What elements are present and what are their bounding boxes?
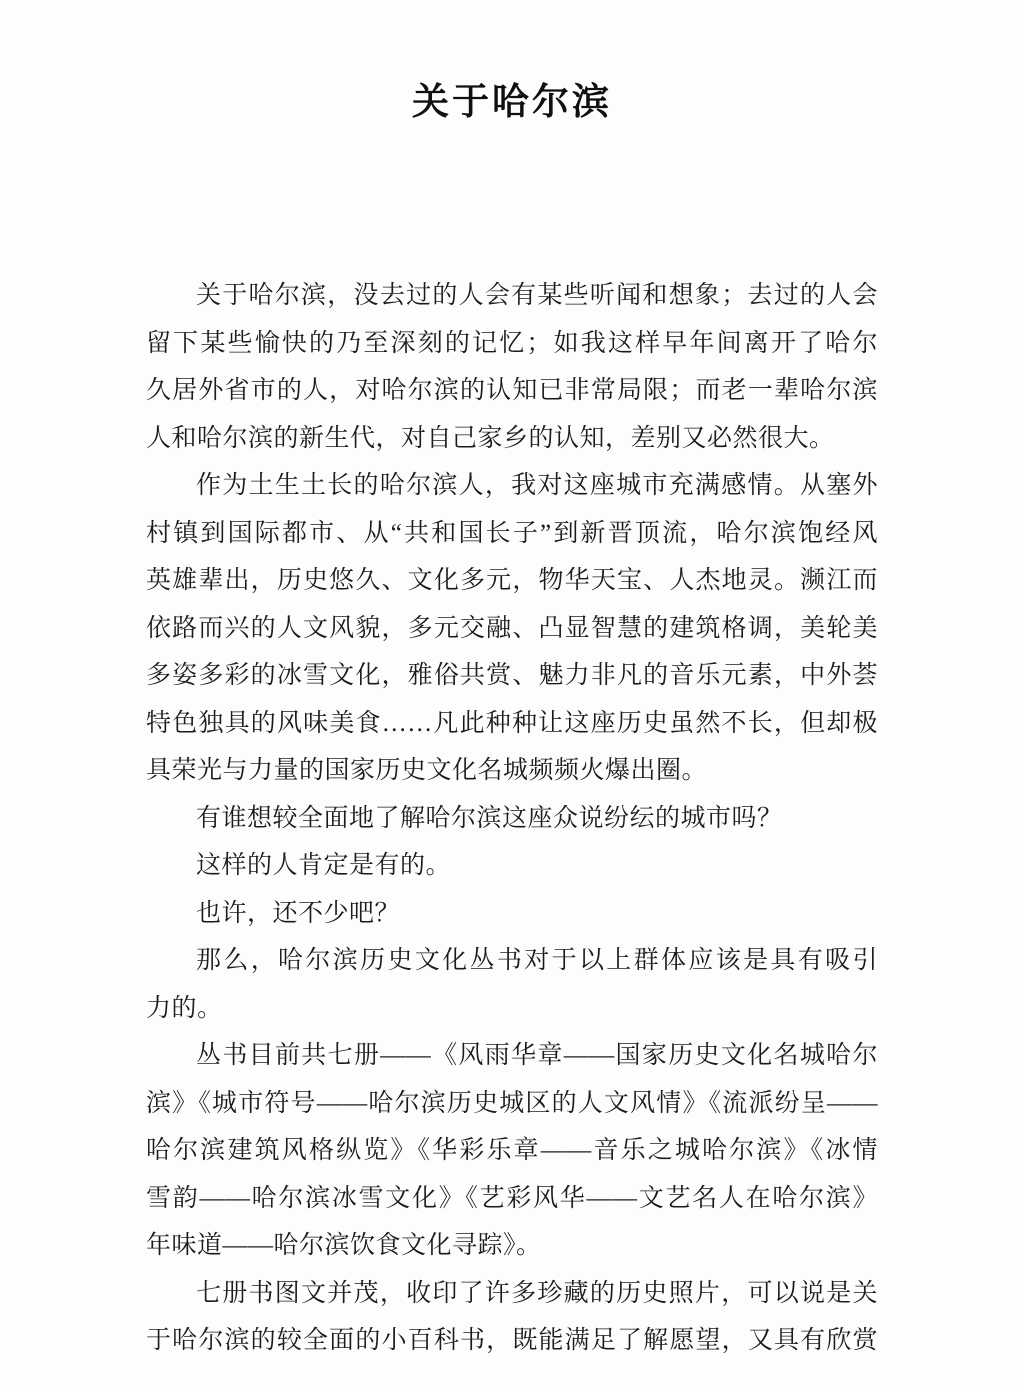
text-line: 作为土生土长的哈尔滨人，我对这座城市充满感情。从塞外	[146, 462, 878, 510]
text-line: 也许，还不少吧？	[146, 890, 878, 938]
text-line: 久居外省市的人，对哈尔滨的认知已非常局限；而老一辈哈尔滨	[146, 367, 878, 415]
text-line: 有谁想较全面地了解哈尔滨这座众说纷纭的城市吗？	[146, 795, 878, 843]
text-line: 依路而兴的人文风貌，多元交融、凸显智慧的建筑格调，美轮美奂、	[146, 605, 878, 653]
text-line: 滨》《城市符号——哈尔滨历史城区的人文风情》《流派纷呈——	[146, 1080, 878, 1128]
text-line: 英雄辈出，历史悠久、文化多元，物华天宝、人杰地灵。濒江而生、	[146, 557, 878, 605]
text-line: 七册书图文并茂，收印了许多珍藏的历史照片，可以说是关	[146, 1270, 878, 1318]
text-line: 年味道——哈尔滨饮食文化寻踪》。	[146, 1222, 878, 1270]
text-line: 关于哈尔滨，没去过的人会有某些听闻和想象；去过的人会	[146, 272, 878, 320]
book-page: 关于哈尔滨 关于哈尔滨，没去过的人会有某些听闻和想象；去过的人会留下某些愉快的乃…	[0, 0, 1024, 1386]
text-line: 力的。	[146, 985, 878, 1033]
text-line: 特色独具的风味美食……凡此种种让这座历史虽然不长，但却极	[146, 700, 878, 748]
text-line: 哈尔滨建筑风格纵览》《华彩乐章——音乐之城哈尔滨》《冰情	[146, 1127, 878, 1175]
page-title: 关于哈尔滨	[0, 0, 1024, 126]
text-line: 丛书目前共七册——《风雨华章——国家历史文化名城哈尔	[146, 1032, 878, 1080]
text-line: 这样的人肯定是有的。	[146, 842, 878, 890]
text-line: 雪韵——哈尔滨冰雪文化》《艺彩风华——文艺名人在哈尔滨》《百	[146, 1175, 878, 1223]
text-line: 村镇到国际都市、从“共和国长子”到新晋顶流，哈尔滨饱经风雨、	[146, 510, 878, 558]
text-line: 具荣光与力量的国家历史文化名城频频火爆出圈。	[146, 747, 878, 795]
text-line: 人和哈尔滨的新生代，对自己家乡的认知，差别又必然很大。	[146, 415, 878, 463]
text-line: 多姿多彩的冰雪文化，雅俗共赏、魅力非凡的音乐元素，中外荟萃、	[146, 652, 878, 700]
text-line: 于哈尔滨的较全面的小百科书，既能满足了解愿望，又具有欣赏	[146, 1317, 878, 1365]
page-body: 关于哈尔滨，没去过的人会有某些听闻和想象；去过的人会留下某些愉快的乃至深刻的记忆…	[146, 272, 878, 1365]
text-line: 那么，哈尔滨历史文化丛书对于以上群体应该是具有吸引	[146, 937, 878, 985]
text-line: 留下某些愉快的乃至深刻的记忆；如我这样早年间离开了哈尔滨，	[146, 320, 878, 368]
